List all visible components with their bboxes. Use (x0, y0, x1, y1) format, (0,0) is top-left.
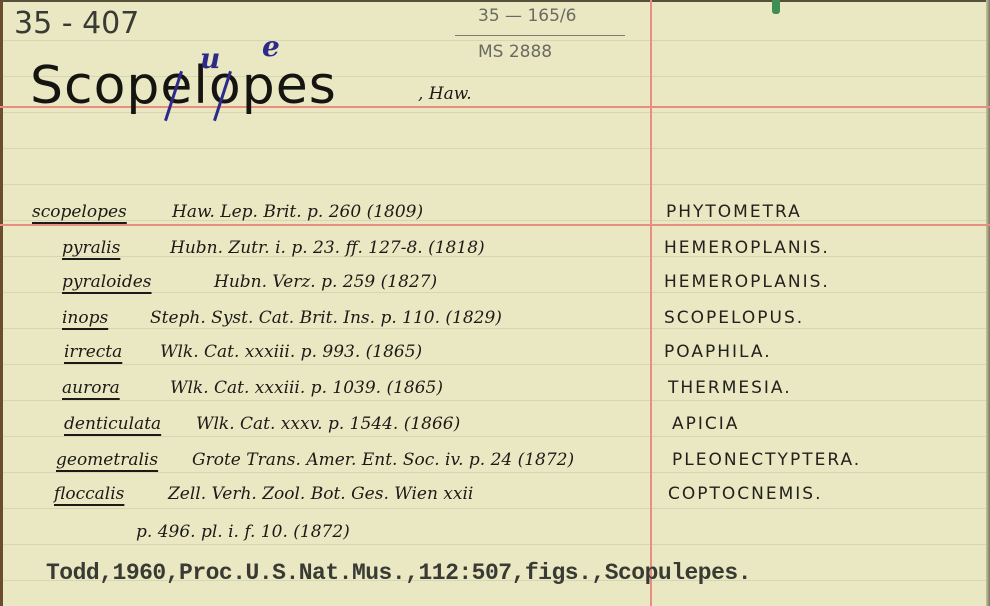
species-reference: Hubn. Verz. p. 259 (1827) (214, 272, 437, 292)
species-reference: Hubn. Zutr. i. p. 23. ff. 127-8. (1818) (170, 238, 485, 258)
species-reference: Steph. Syst. Cat. Brit. Ins. p. 110. (18… (150, 308, 502, 328)
green-tab-mark (772, 0, 780, 14)
species-reference: Haw. Lep. Brit. p. 260 (1809) (172, 202, 423, 222)
current-genus: COPTOCNEMIS. (668, 484, 822, 504)
current-genus: PHYTOMETRA (666, 202, 802, 222)
typed-footer-reference: Todd,1960,Proc.U.S.Nat.Mus.,112:507,figs… (46, 560, 751, 586)
index-card: 35 - 407 35 — 165/6 MS 2888 Scopelopes u… (0, 0, 990, 606)
red-rule-header (0, 224, 990, 226)
species-name: pyralis (62, 238, 120, 258)
genus-title: Scopelopes (30, 56, 337, 116)
correction-e: e (262, 30, 280, 63)
species-name: denticulata (64, 414, 161, 434)
card-top-edge (0, 0, 990, 2)
current-genus: HEMEROPLANIS. (664, 238, 830, 258)
card-right-edge (986, 0, 990, 606)
species-name: pyraloides (62, 272, 152, 292)
species-name: floccalis (54, 484, 124, 504)
correction-u: u (200, 42, 220, 75)
title-struck-letter: e (160, 56, 193, 116)
catalog-number: 35 - 407 (14, 6, 139, 41)
species-name: aurora (62, 378, 120, 398)
species-reference: Wlk. Cat. xxxiii. p. 1039. (1865) (170, 378, 443, 398)
current-genus: HEMEROPLANIS. (664, 272, 830, 292)
current-genus: THERMESIA. (668, 378, 792, 398)
current-genus: SCOPELOPUS. (664, 308, 804, 328)
title-part: Scop (30, 56, 160, 116)
current-genus: PLEONECTYPTERA. (672, 450, 861, 470)
species-reference: Wlk. Cat. xxxiii. p. 993. (1865) (160, 342, 422, 362)
species-reference: Grote Trans. Amer. Ent. Soc. iv. p. 24 (… (192, 450, 574, 470)
reference-continuation: p. 496. pl. i. f. 10. (1872) (136, 522, 350, 542)
species-name: inops (62, 308, 108, 328)
species-name: scopelopes (32, 202, 127, 222)
red-rule-column-divider (650, 0, 652, 606)
species-reference: Zell. Verh. Zool. Bot. Ges. Wien xxii (168, 484, 473, 504)
genus-author: , Haw. (418, 84, 472, 104)
pencil-fraction-line (455, 35, 625, 36)
current-genus: APICIA (672, 414, 739, 434)
species-name: irrecta (64, 342, 122, 362)
species-reference: Wlk. Cat. xxxv. p. 1544. (1866) (196, 414, 460, 434)
pencil-ref-bottom: MS 2888 (478, 42, 552, 62)
title-part: pes (242, 56, 337, 116)
current-genus: POAPHILA. (664, 342, 772, 362)
card-left-edge (0, 0, 3, 606)
species-name: geometralis (56, 450, 158, 470)
pencil-ref-top: 35 — 165/6 (478, 6, 576, 26)
